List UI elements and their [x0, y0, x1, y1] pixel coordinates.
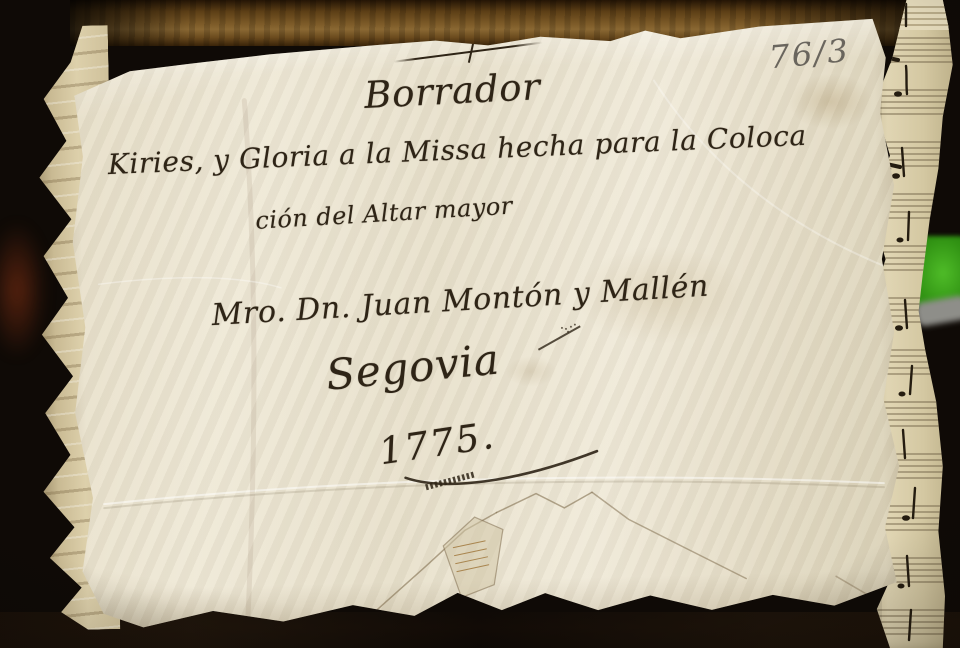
- title-borrador: Borrador: [363, 65, 541, 117]
- ink-smudge: [535, 320, 592, 353]
- manuscript-photo: Borrador Kiries, y Gloria a la Missa hec…: [0, 0, 960, 648]
- manuscript-cover-page: Borrador Kiries, y Gloria a la Missa hec…: [33, 14, 923, 645]
- ink-smudge-stroke: [538, 325, 581, 350]
- year: 1775.: [376, 414, 498, 474]
- catalog-number: 76/3: [767, 31, 852, 77]
- background-red-patch: [0, 222, 46, 358]
- composer-name: Mro. Dn. Juan Montón y Mallén: [211, 269, 710, 333]
- place-name: Segovia: [324, 335, 502, 400]
- subtitle-line-1: Kiries, y Gloria a la Missa hecha para l…: [107, 119, 807, 181]
- subtitle-line-2: ción del Altar mayor: [255, 192, 514, 235]
- ink-smudge-dots: [561, 327, 563, 329]
